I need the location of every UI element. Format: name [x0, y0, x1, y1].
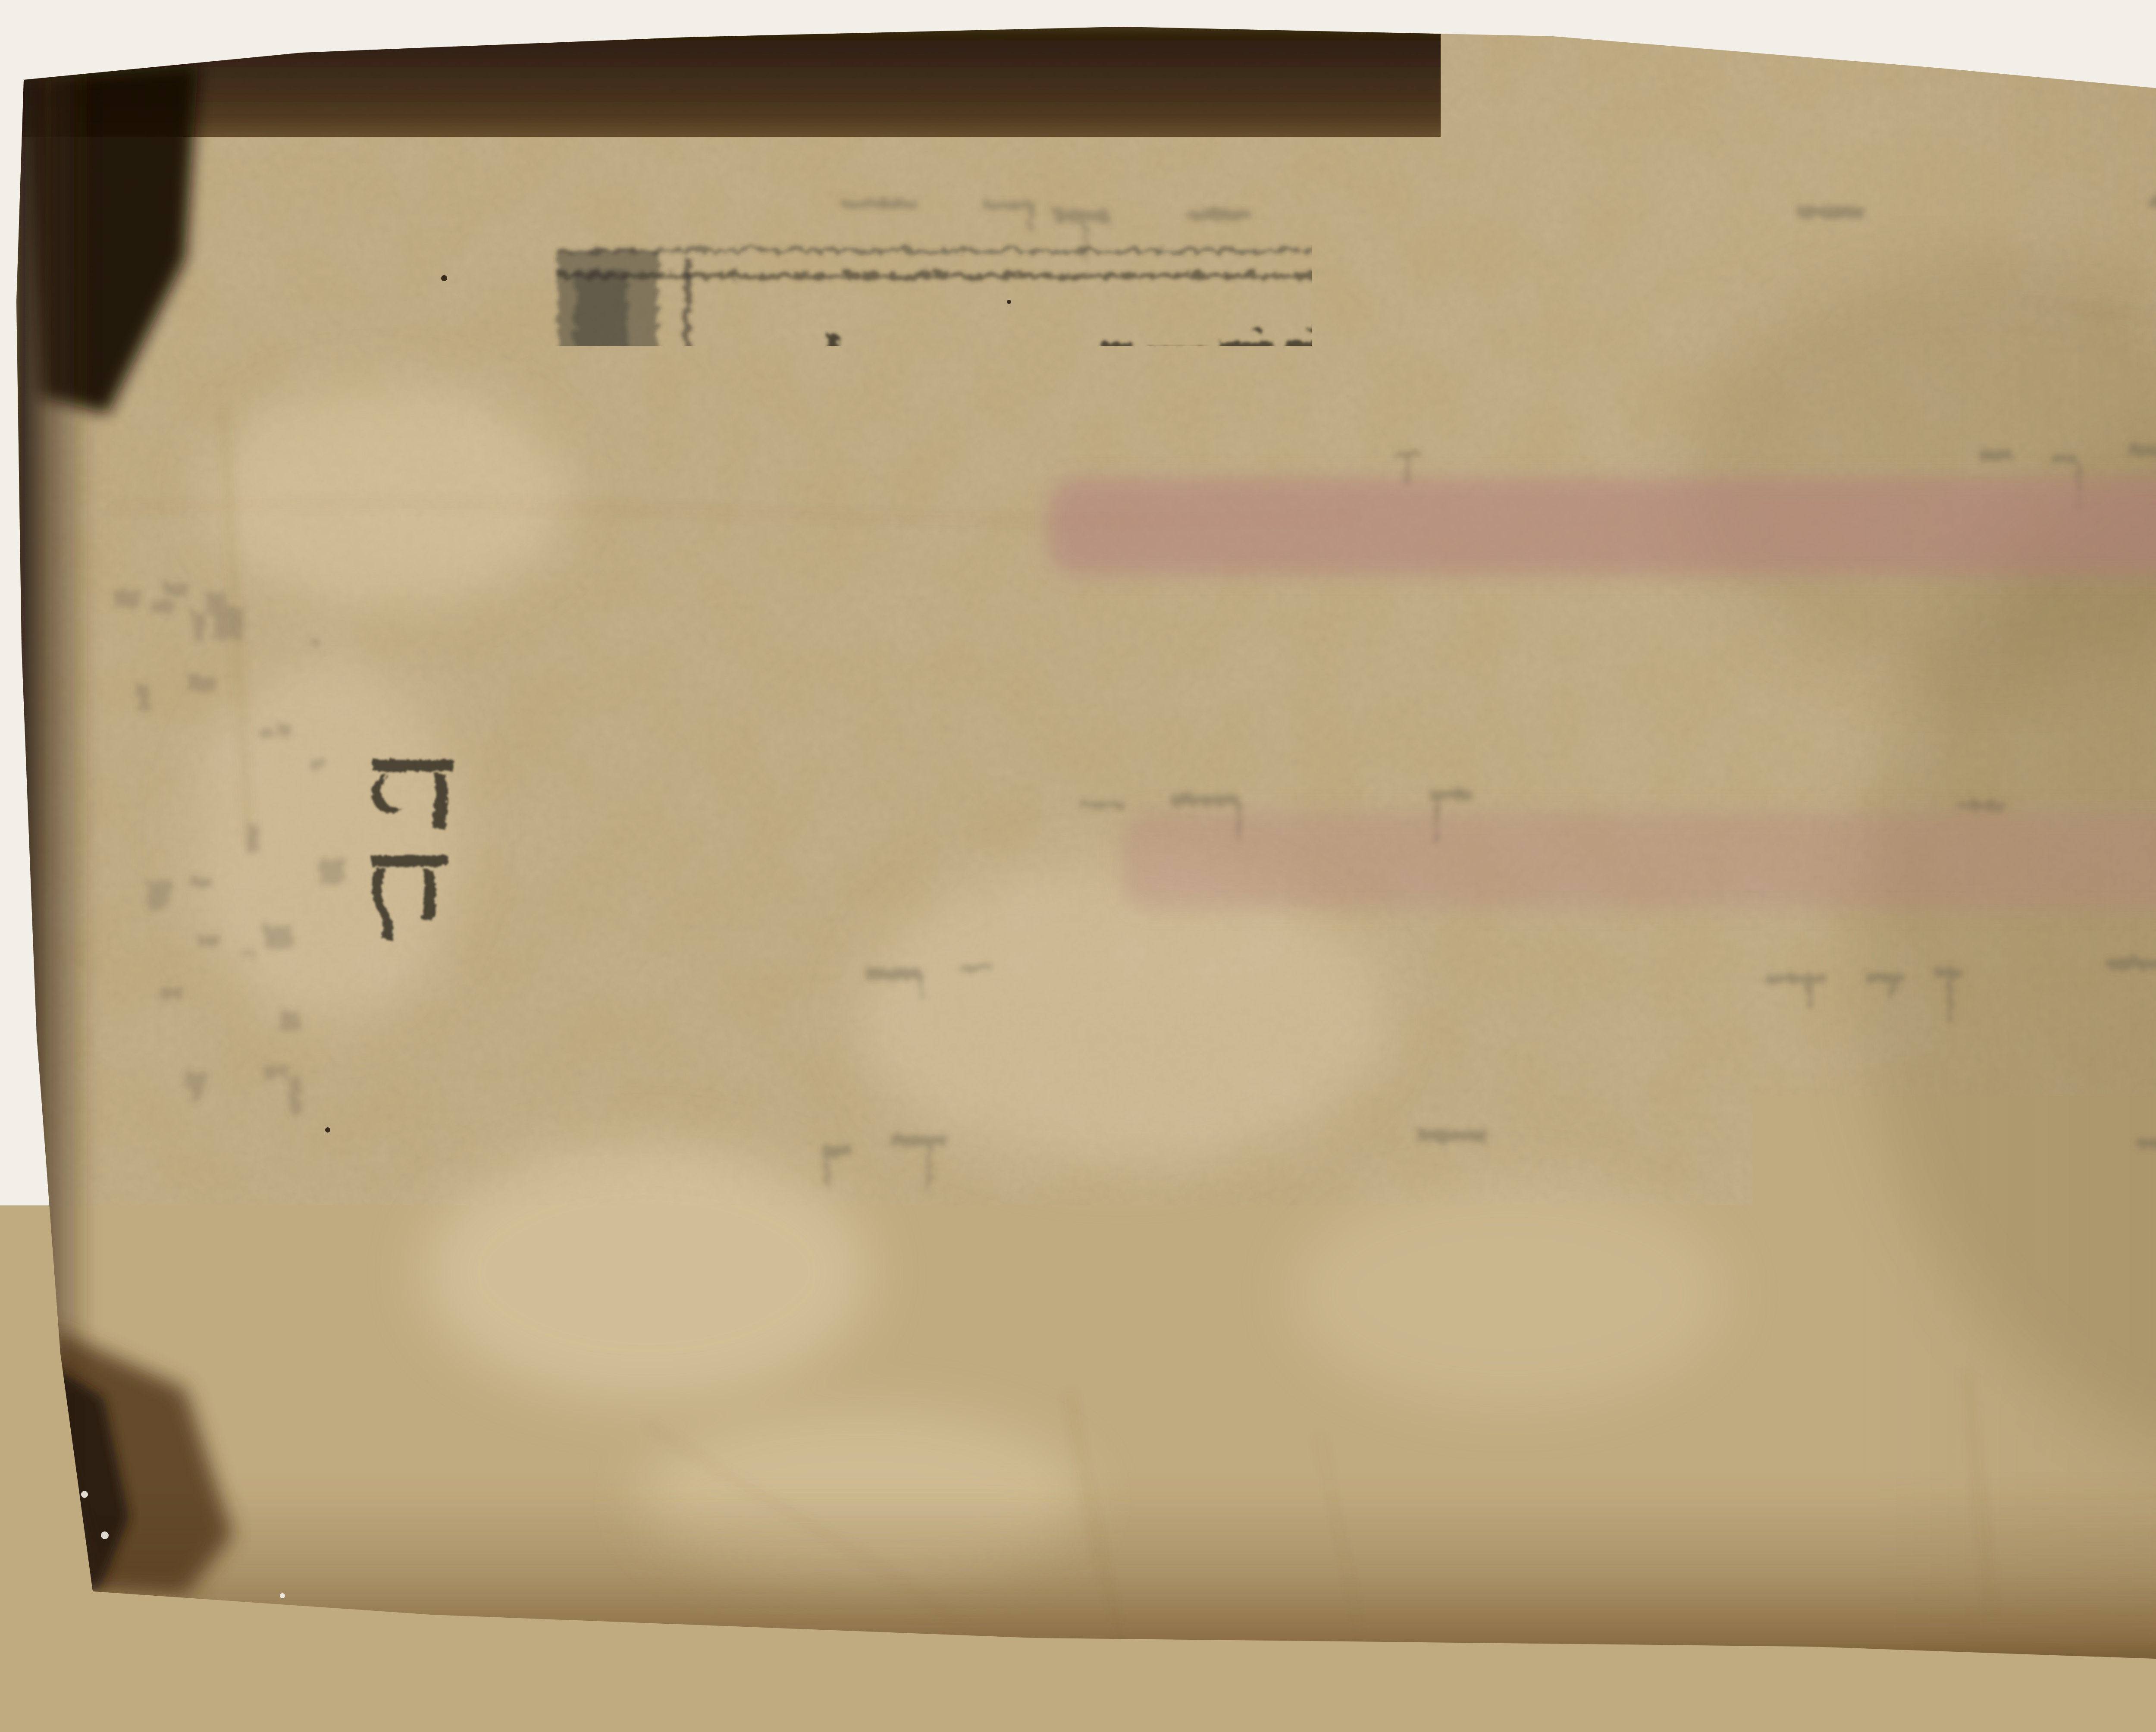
ink-speck — [1476, 886, 1482, 891]
frame-bottom-rule — [555, 1345, 2156, 1370]
edge-nick — [280, 1593, 285, 1598]
frame-left-border-core — [573, 267, 625, 1380]
light-patch — [207, 384, 569, 608]
ink-speck — [441, 275, 447, 281]
edge-nick — [81, 1491, 88, 1498]
frame-left-inner-rule — [683, 254, 688, 1384]
edge-nick — [101, 1531, 109, 1539]
ink-speck — [1007, 300, 1011, 304]
manuscript-photo — [0, 0, 2156, 1732]
ink-speck — [325, 1127, 330, 1133]
ink-speck — [2148, 950, 2155, 957]
light-patch — [190, 656, 466, 1026]
ink-speck — [1238, 455, 1246, 464]
manuscript-page — [0, 0, 2156, 1732]
frame-bottom-rule — [555, 1315, 2156, 1337]
